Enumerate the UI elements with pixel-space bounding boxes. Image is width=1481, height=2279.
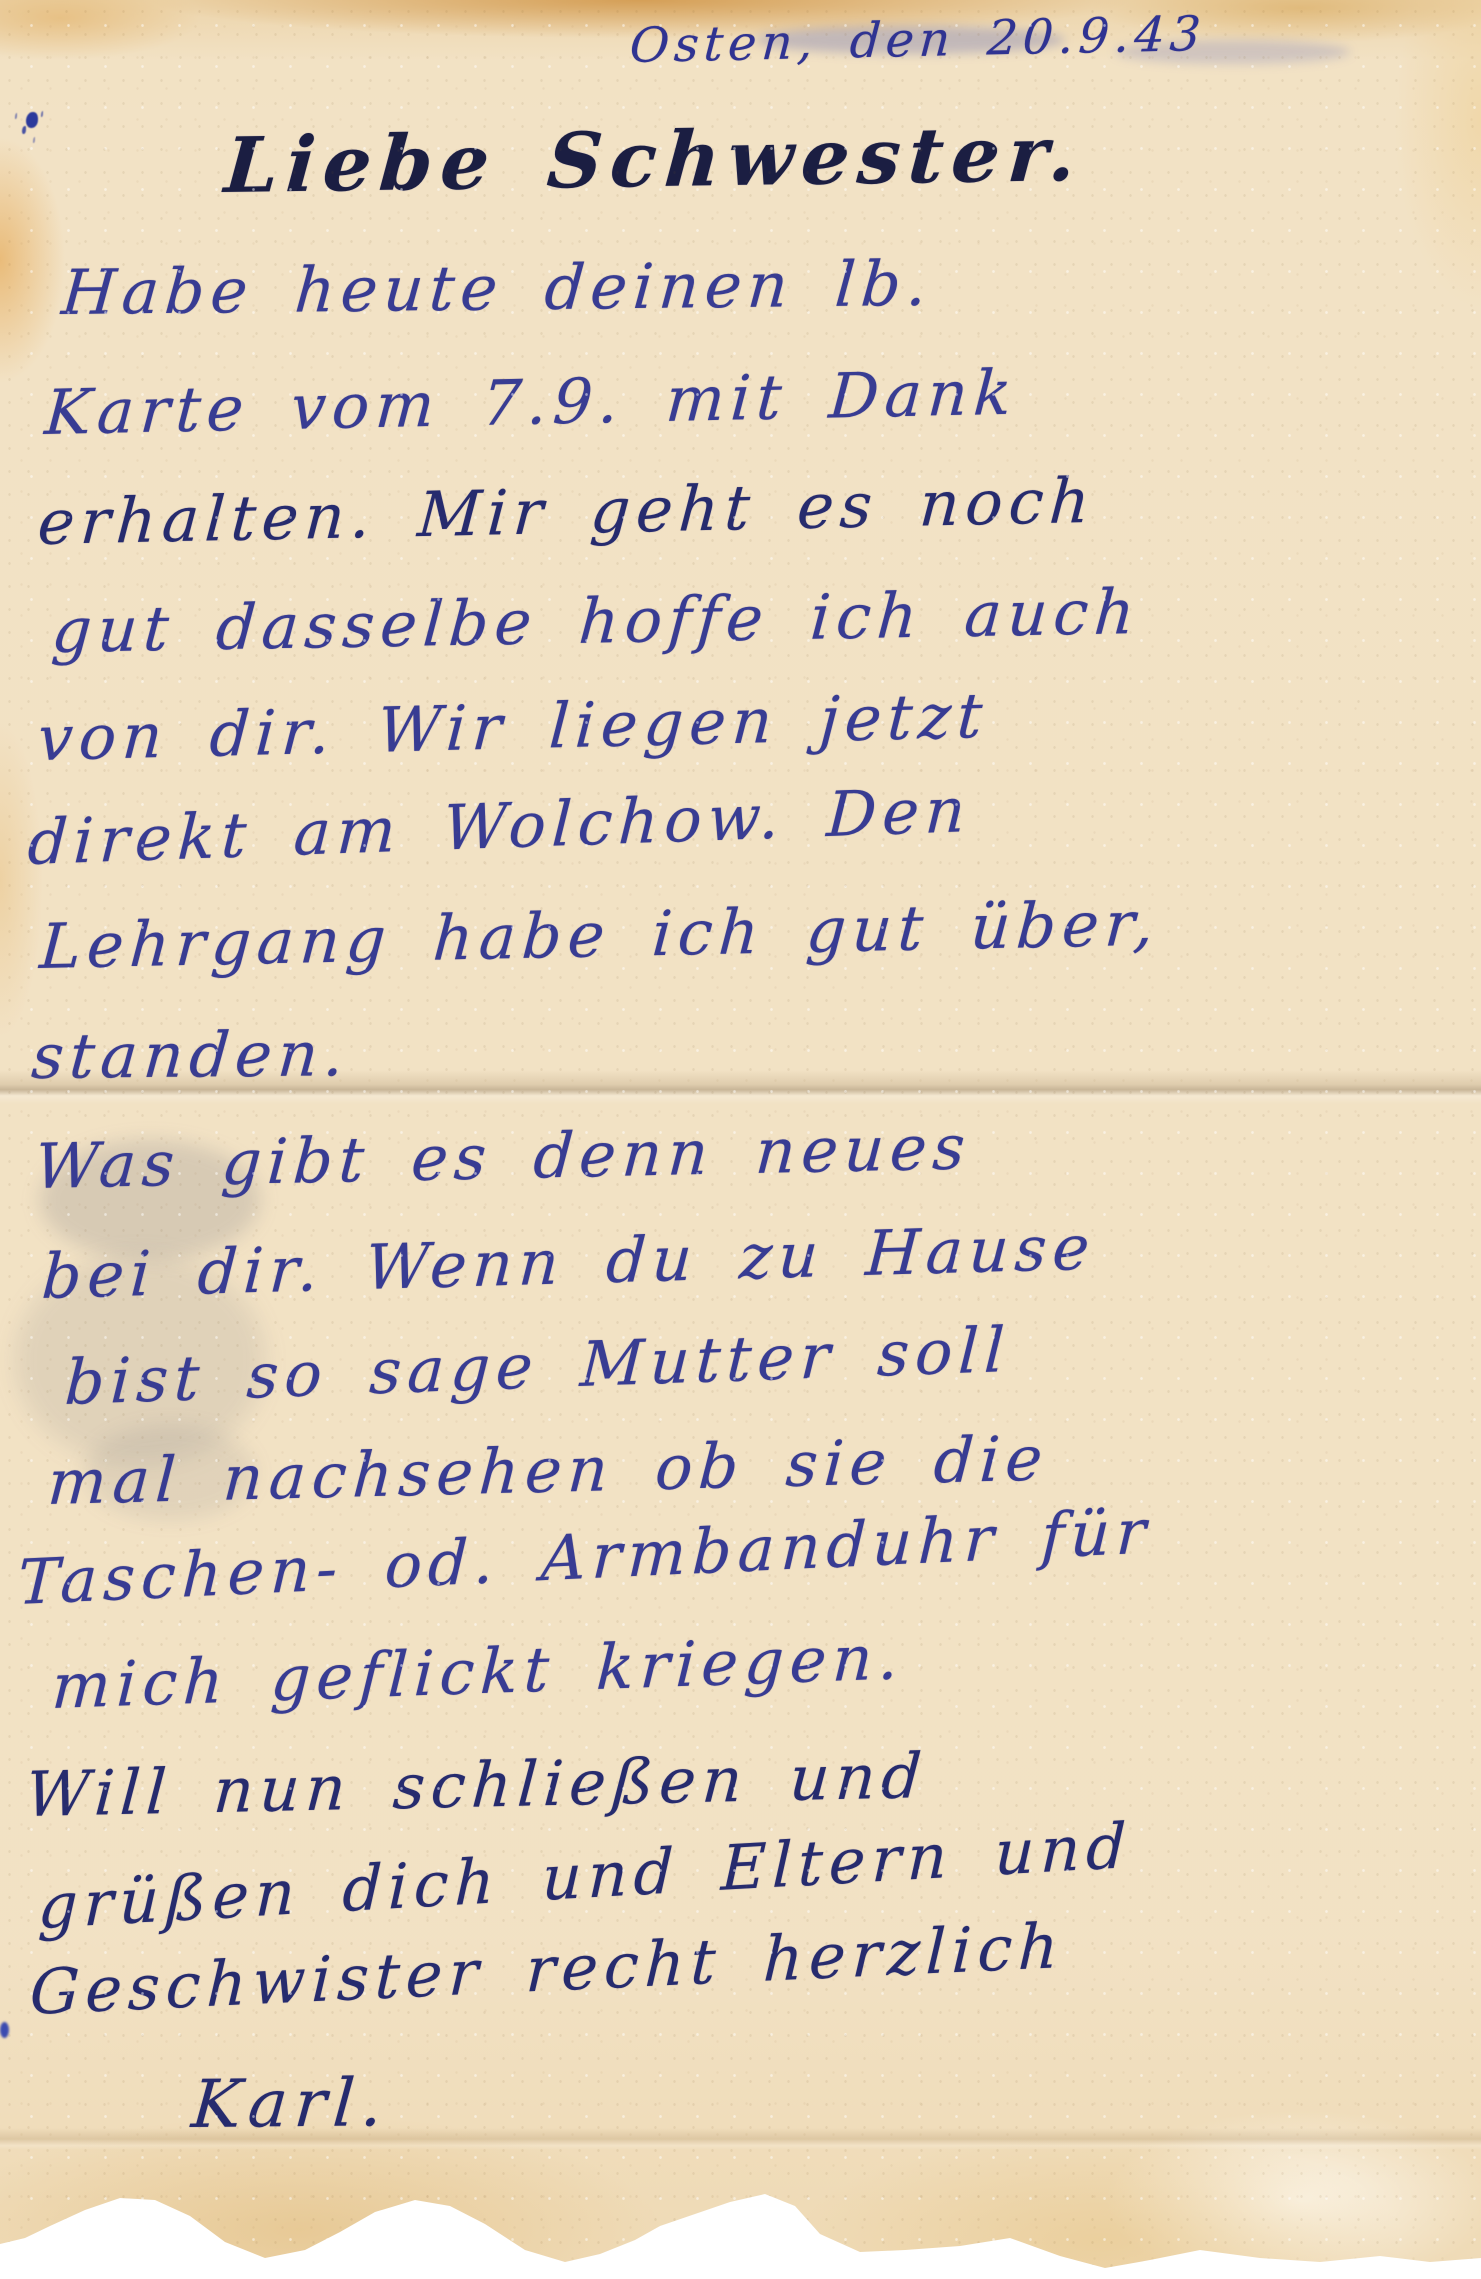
letter-line: Taschen- od. Armbanduhr für: [17, 1500, 1153, 1614]
ink-dot-mark: [0, 2022, 9, 2038]
letter-line: mal nachsehen ob sie die: [46, 1427, 1050, 1514]
salutation: Liebe Schwester.: [222, 116, 1086, 204]
letter-line: Karte vom 7.9. mit Dank: [43, 362, 1019, 444]
letter-paper: Osten, den 20.9.43 Liebe Schwester. Habe…: [0, 0, 1481, 2279]
signature: Karl.: [189, 2070, 391, 2138]
letter-line: direkt am Wolchow. Den: [26, 779, 972, 874]
letter-line: von dir. Wir liegen jetzt: [36, 685, 990, 770]
letter-line: gut dasselbe hoffe ich auch: [50, 581, 1143, 662]
letter-line: Was gibt es denn neues: [33, 1116, 973, 1198]
letter-line: mich geflickt kriegen.: [50, 1626, 905, 1718]
letter-line: Habe heute deinen lb.: [60, 253, 935, 324]
letter-line: erhalten. Mir geht es noch: [36, 470, 1098, 554]
ink-blot-mark: [26, 112, 38, 128]
letter-line: bei dir. Wenn du zu Hause: [40, 1217, 1097, 1309]
letter-line: Lehrgang habe ich gut über,: [38, 893, 1162, 979]
letter-line: bist so sage Mutter soll: [63, 1319, 1011, 1414]
letter-line: Will nun schließen und: [24, 1745, 929, 1826]
scanned-letter: Osten, den 20.9.43 Liebe Schwester. Habe…: [0, 0, 1481, 2279]
letter-line: standen.: [30, 1023, 353, 1088]
dateline: Osten, den 20.9.43: [628, 10, 1207, 70]
